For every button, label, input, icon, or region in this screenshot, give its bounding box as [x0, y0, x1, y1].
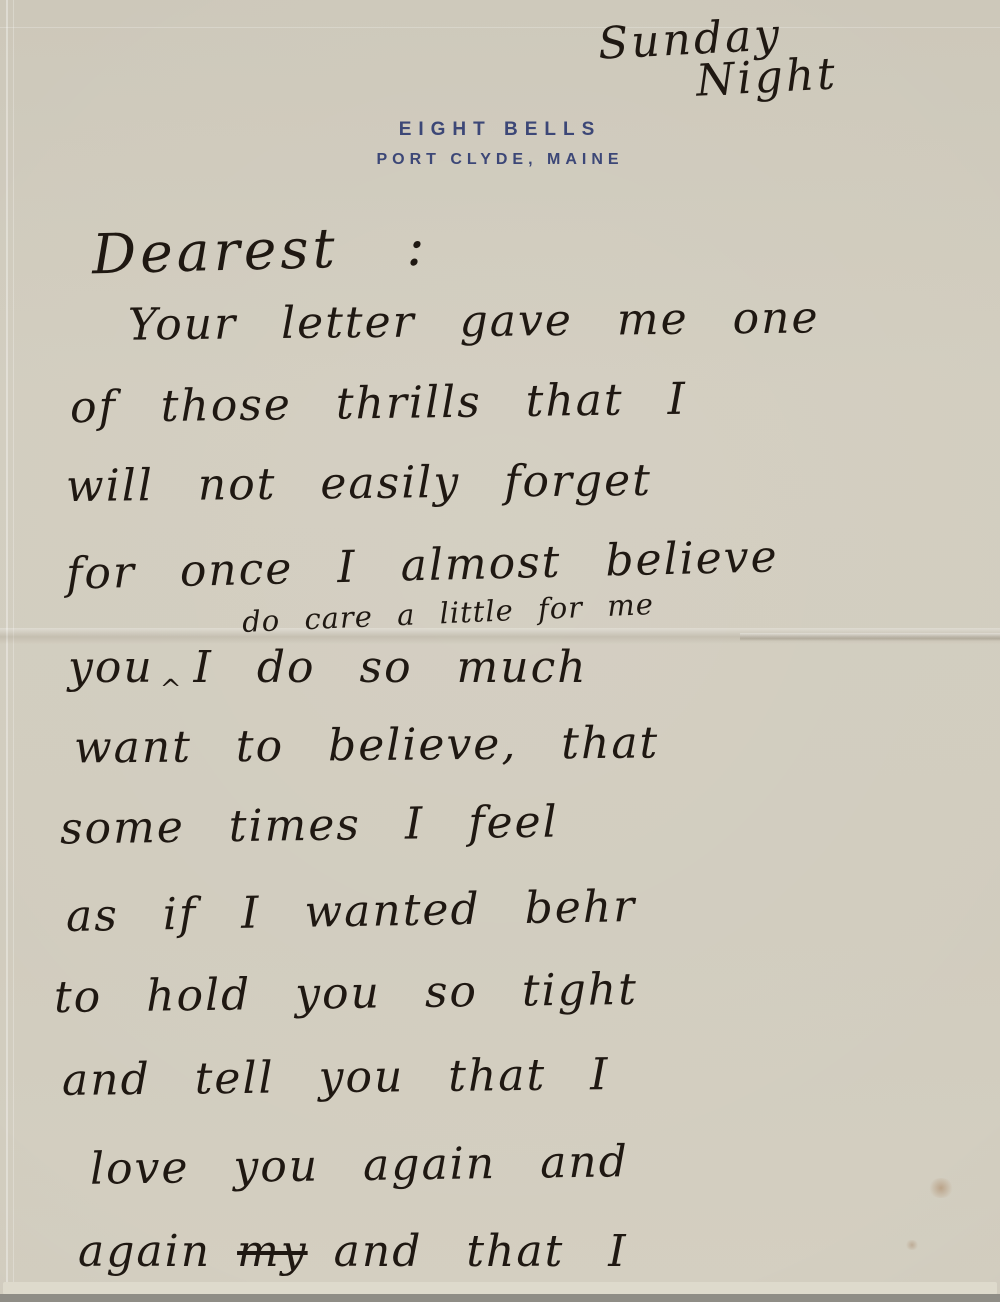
- paper-stain: [905, 1240, 919, 1250]
- photo-background-strip: [0, 1294, 1000, 1302]
- handwritten-line: of those thrills that I: [70, 376, 688, 433]
- handwritten-line: for once I almost believe: [66, 533, 780, 599]
- handwritten-line: to hold you so tight: [54, 966, 639, 1023]
- handwritten-line: some times I feel: [60, 799, 559, 854]
- handwritten-line-with-strike: againmyand that I: [78, 1228, 628, 1276]
- letterhead-name: EIGHT BELLS: [0, 119, 1000, 141]
- handwritten-line: love you again and: [90, 1138, 630, 1194]
- letterhead-location: PORT CLYDE, MAINE: [0, 151, 1000, 169]
- struck-word: my: [237, 1226, 308, 1277]
- fold-crease-line: [740, 633, 1000, 641]
- line-text: you: [68, 642, 154, 693]
- handwritten-line-with-caret: you^I do so much: [68, 644, 588, 692]
- handwritten-line: want to believe, that: [74, 719, 660, 772]
- salutation: Dearest :: [91, 214, 429, 287]
- letter-photograph: Sunday Night EIGHT BELLS PORT CLYDE, MAI…: [0, 0, 1000, 1302]
- date-note-time: Night: [695, 48, 839, 106]
- handwritten-line: Your letter gave me one: [128, 294, 820, 350]
- paper-edge-highlight: [0, 27, 1000, 28]
- handwritten-line: will not easily forget: [66, 457, 652, 512]
- line-text: and that I: [334, 1226, 628, 1277]
- handwritten-line: as if I wanted behr: [66, 883, 637, 941]
- paper-stain: [928, 1178, 954, 1198]
- line-text: again: [78, 1226, 211, 1277]
- handwritten-line: and tell you that I: [62, 1051, 610, 1105]
- insertion-caret: ^: [160, 676, 184, 705]
- line-text: I do so much: [193, 642, 587, 693]
